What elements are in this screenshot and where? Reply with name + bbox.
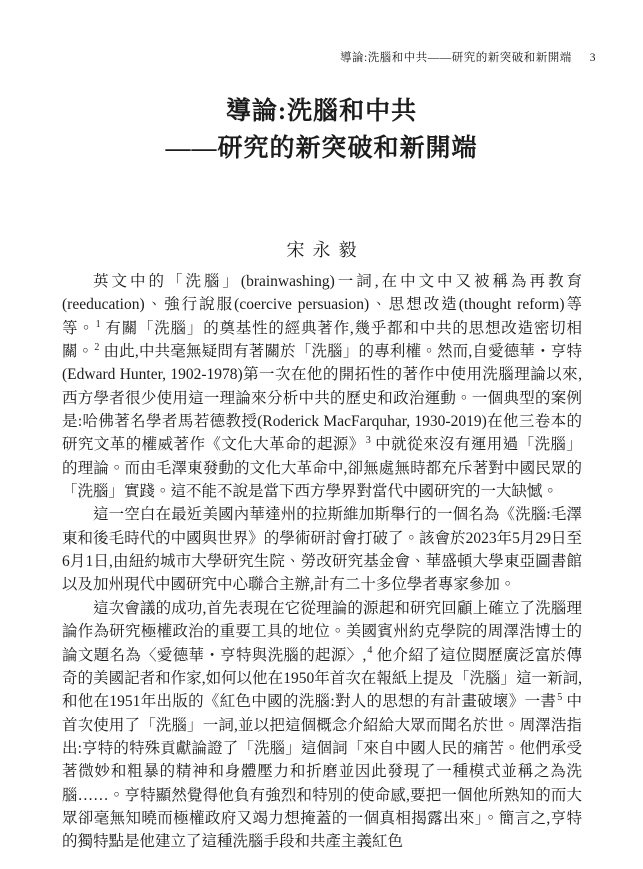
body-paragraphs: 英文中的「洗腦」(brainwashing)一詞,在中文中又被稱為再教育(ree… [62, 270, 582, 854]
paragraph: 這次會議的成功,首先表現在它從理論的源起和研究回顧上確立了洗腦理論作為研究極權政… [62, 597, 582, 854]
running-header: 導論:洗腦和中共——研究的新突破和新開端3 [340, 49, 596, 65]
book-page: 導論:洗腦和中共——研究的新突破和新開端3 導論:洗腦和中共 ——研究的新突破和… [0, 0, 643, 869]
paragraph: 這一空白在最近美國內華達州的拉斯維加斯舉行的一個名為《洗腦:毛澤東和後毛時代的中… [62, 503, 582, 596]
footnote-marker: 3 [366, 435, 371, 446]
chapter-title: 導論:洗腦和中共 ——研究的新突破和新開端 [0, 93, 643, 167]
paragraph: 英文中的「洗腦」(brainwashing)一詞,在中文中又被稱為再教育(ree… [62, 270, 582, 503]
page-number: 3 [590, 52, 596, 64]
author-name: 宋永毅 [0, 236, 643, 262]
chapter-title-line-2: ——研究的新突破和新開端 [0, 130, 643, 167]
running-header-title: 導論:洗腦和中共——研究的新突破和新開端 [340, 52, 572, 64]
footnote-marker: 2 [94, 342, 99, 353]
footnote-marker: 5 [557, 692, 562, 703]
chapter-title-line-1: 導論:洗腦和中共 [0, 93, 643, 130]
footnote-marker: 1 [96, 319, 101, 330]
footnote-marker: 4 [367, 645, 372, 656]
